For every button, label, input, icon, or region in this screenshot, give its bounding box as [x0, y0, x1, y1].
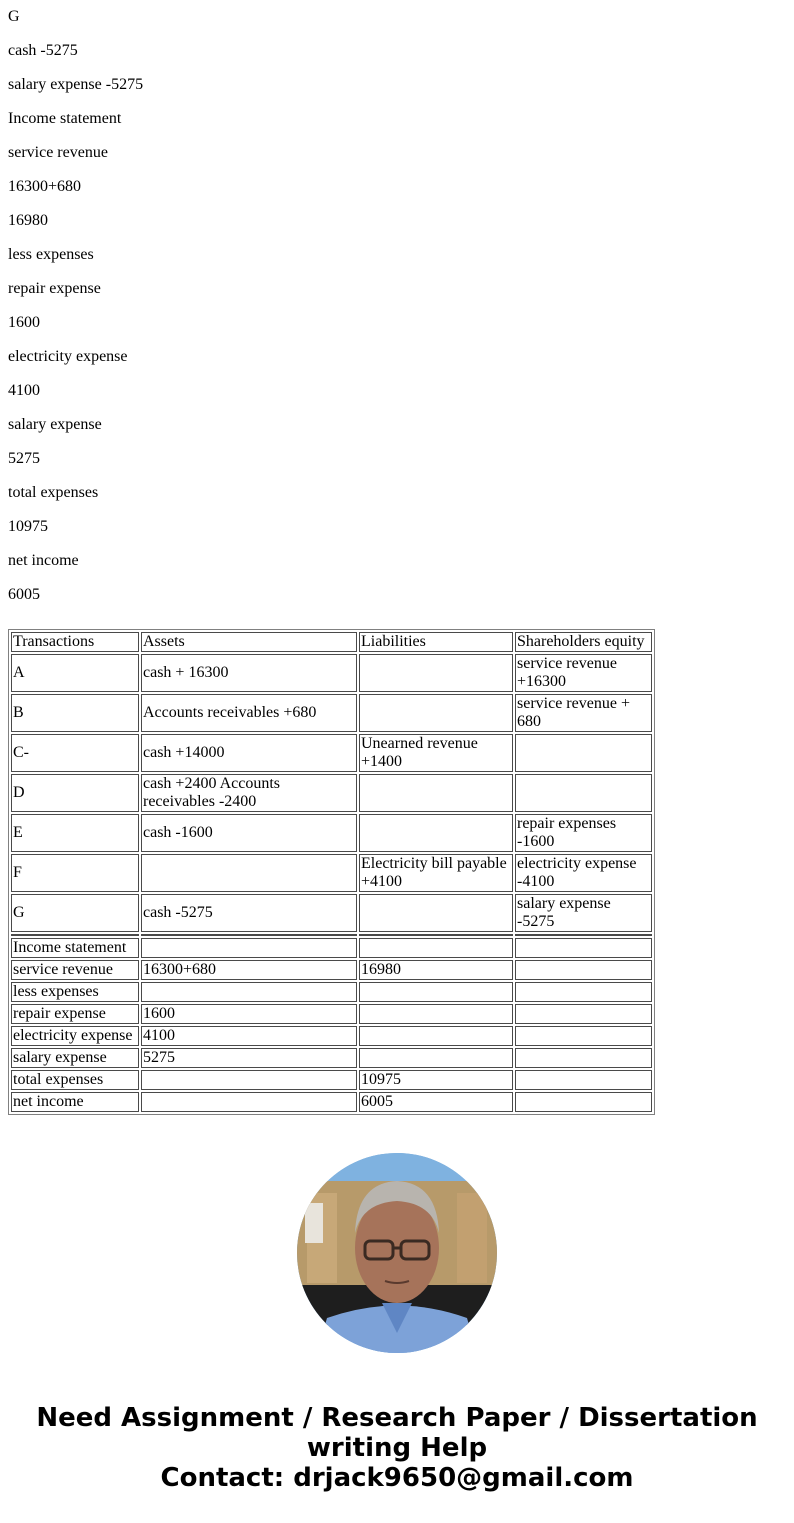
table-cell [515, 1070, 652, 1090]
table-cell [141, 1092, 357, 1112]
table-cell [359, 1004, 513, 1024]
paragraph: 1600 [8, 314, 786, 332]
table-cell: electricity expense -4100 [515, 854, 652, 892]
table-cell [515, 774, 652, 812]
paragraph: salary expense -5275 [8, 76, 786, 94]
table-cell: 6005 [359, 1092, 513, 1112]
table-cell: Unearned revenue +1400 [359, 734, 513, 772]
table-cell: net income [11, 1092, 139, 1112]
table-cell: G [11, 894, 139, 932]
table-cell: Liabilities [359, 632, 513, 652]
table-cell [359, 982, 513, 1002]
table-cell: Shareholders equity [515, 632, 652, 652]
table-cell [359, 654, 513, 692]
table-cell: Income statement [11, 938, 139, 958]
paragraph: 6005 [8, 586, 786, 604]
table-row: net income6005 [11, 1092, 652, 1112]
table-cell [515, 960, 652, 980]
table-cell: C- [11, 734, 139, 772]
paragraph: total expenses [8, 484, 786, 502]
paragraph: service revenue [8, 144, 786, 162]
table-cell [515, 938, 652, 958]
paragraph: salary expense [8, 416, 786, 434]
table-cell [141, 854, 357, 892]
answer-text: G cash -5275 salary expense -5275 Income… [8, 0, 786, 620]
table-cell [515, 1026, 652, 1046]
table-cell: cash +2400 Accounts receivables -2400 [141, 774, 357, 812]
table-cell [515, 734, 652, 772]
table-cell: 5275 [141, 1048, 357, 1068]
table-cell: cash -1600 [141, 814, 357, 852]
table-cell: 10975 [359, 1070, 513, 1090]
table-cell: 16300+680 [141, 960, 357, 980]
table-cell: salary expense [11, 1048, 139, 1068]
table-cell [359, 894, 513, 932]
table-row: electricity expense4100 [11, 1026, 652, 1046]
table-row: repair expense1600 [11, 1004, 652, 1024]
paragraph: G [8, 8, 786, 26]
table-cell: D [11, 774, 139, 812]
table-cell: service revenue +16300 [515, 654, 652, 692]
paragraph: net income [8, 552, 786, 570]
table-cell: electricity expense [11, 1026, 139, 1046]
paragraph: 10975 [8, 518, 786, 536]
table-cell [359, 1048, 513, 1068]
table-cell [515, 982, 652, 1002]
table-cell: cash -5275 [141, 894, 357, 932]
table-row: total expenses10975 [11, 1070, 652, 1090]
paragraph: 16980 [8, 212, 786, 230]
table-header-row: TransactionsAssetsLiabilitiesShareholder… [11, 632, 652, 652]
table-row: FElectricity bill payable +4100electrici… [11, 854, 652, 892]
table-cell: repair expense [11, 1004, 139, 1024]
table-row: C-cash +14000Unearned revenue +1400 [11, 734, 652, 772]
table-cell [359, 938, 513, 958]
table-cell: cash + 16300 [141, 654, 357, 692]
paragraph: repair expense [8, 280, 786, 298]
paragraph: 5275 [8, 450, 786, 468]
table-cell: 4100 [141, 1026, 357, 1046]
table-cell [515, 934, 652, 936]
paragraph: 16300+680 [8, 178, 786, 196]
table-cell: Accounts receivables +680 [141, 694, 357, 732]
table-cell [515, 1048, 652, 1068]
table-row: salary expense5275 [11, 1048, 652, 1068]
table-cell [359, 814, 513, 852]
table-row: less expenses [11, 982, 652, 1002]
table-cell [141, 934, 357, 936]
table-cell: total expenses [11, 1070, 139, 1090]
table-cell: E [11, 814, 139, 852]
table-row: BAccounts receivables +680service revenu… [11, 694, 652, 732]
table-cell [141, 938, 357, 958]
paragraph: 4100 [8, 382, 786, 400]
table-cell: Transactions [11, 632, 139, 652]
paragraph: Income statement [8, 110, 786, 128]
portrait-photo [297, 1153, 497, 1353]
author-avatar [297, 1153, 497, 1353]
table-cell [359, 774, 513, 812]
table-row: Dcash +2400 Accounts receivables -2400 [11, 774, 652, 812]
table-row: service revenue16300+68016980 [11, 960, 652, 980]
table-row: Gcash -5275salary expense -5275 [11, 894, 652, 932]
table-cell [11, 934, 139, 936]
table-cell [359, 694, 513, 732]
table-cell [515, 1092, 652, 1112]
transactions-table: TransactionsAssetsLiabilitiesShareholder… [8, 629, 655, 1115]
table-cell: 1600 [141, 1004, 357, 1024]
banner-line: Need Assignment / Research Paper / Disse… [0, 1403, 794, 1433]
table-separator-row [11, 934, 652, 936]
table-cell: F [11, 854, 139, 892]
paragraph: electricity expense [8, 348, 786, 366]
table-cell: service revenue [11, 960, 139, 980]
contact-email: Contact: drjack9650@gmail.com [0, 1463, 794, 1493]
table-cell: less expenses [11, 982, 139, 1002]
table-cell [141, 982, 357, 1002]
contact-banner: Need Assignment / Research Paper / Disse… [0, 1403, 794, 1493]
table-row: Acash + 16300service revenue +16300 [11, 654, 652, 692]
paragraph: cash -5275 [8, 42, 786, 60]
table-row: Income statement [11, 938, 652, 958]
table-cell: repair expenses -1600 [515, 814, 652, 852]
table-cell: A [11, 654, 139, 692]
table-cell: B [11, 694, 139, 732]
table-cell: Electricity bill payable +4100 [359, 854, 513, 892]
table-cell [359, 1026, 513, 1046]
table-cell [359, 934, 513, 936]
table-cell: cash +14000 [141, 734, 357, 772]
table-cell [141, 1070, 357, 1090]
banner-line: writing Help [0, 1433, 794, 1463]
table-cell: service revenue + 680 [515, 694, 652, 732]
paragraph: less expenses [8, 246, 786, 264]
table-cell: 16980 [359, 960, 513, 980]
table-cell: Assets [141, 632, 357, 652]
table-cell [515, 1004, 652, 1024]
table-cell: salary expense -5275 [515, 894, 652, 932]
table-row: Ecash -1600repair expenses -1600 [11, 814, 652, 852]
